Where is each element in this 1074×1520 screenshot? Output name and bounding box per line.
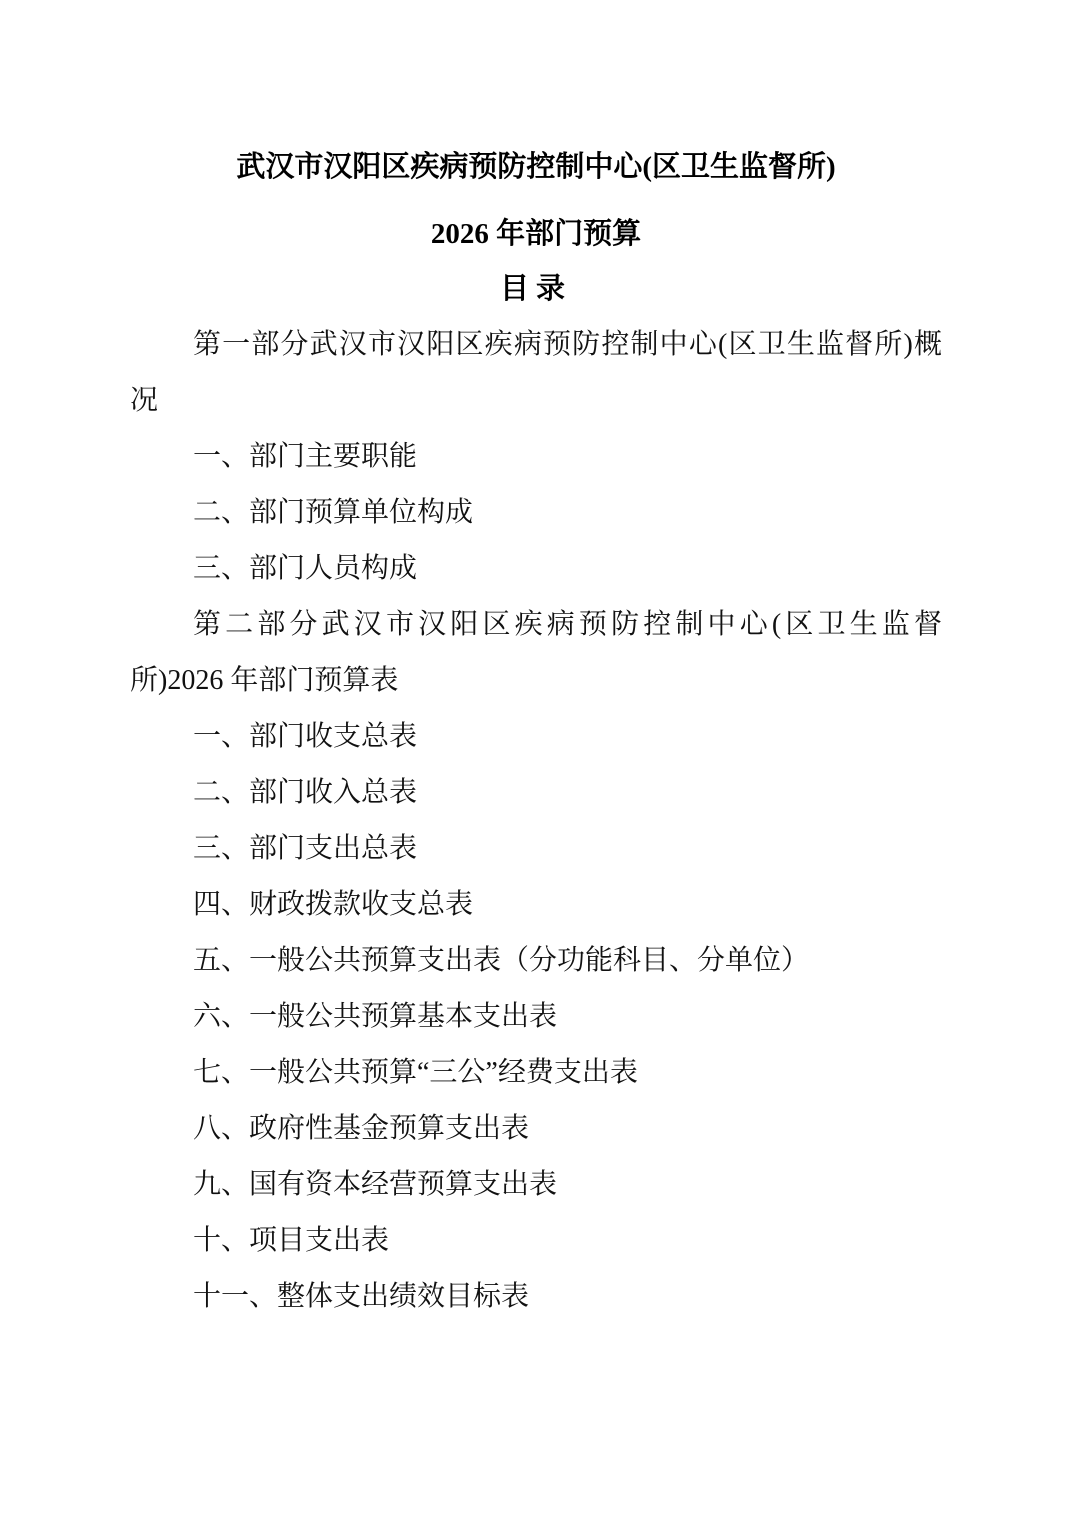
toc-item-part2-1: 一、部门收支总表 — [130, 709, 942, 765]
toc-item-part2-5: 五、一般公共预算支出表（分功能科目、分单位） — [130, 933, 942, 989]
toc-item-part1-2: 二、部门预算单位构成 — [130, 485, 942, 541]
toc-item-part2-7: 七、一般公共预算“三公”经费支出表 — [130, 1045, 942, 1101]
toc-item-part2-11: 十一、整体支出绩效目标表 — [130, 1269, 942, 1325]
toc-item-part2-8: 八、政府性基金预算支出表 — [130, 1101, 942, 1157]
toc-item-part2-4: 四、财政拨款收支总表 — [130, 877, 942, 933]
toc-item-part2-2: 二、部门收入总表 — [130, 765, 942, 821]
document-title: 武汉市汉阳区疾病预防控制中心(区卫生监督所) — [130, 140, 942, 195]
toc-item-part2-6: 六、一般公共预算基本支出表 — [130, 989, 942, 1045]
toc-item-part2-10: 十、项目支出表 — [130, 1213, 942, 1269]
part1-heading-line1: 第一部分武汉市汉阳区疾病预防控制中心(区卫生监督所)概 — [130, 317, 942, 373]
toc-item-part2-3: 三、部门支出总表 — [130, 821, 942, 877]
part2-heading-line1: 第二部分武汉市汉阳区疾病预防控制中心(区卫生监督 — [130, 597, 942, 653]
toc-item-part1-3: 三、部门人员构成 — [130, 541, 942, 597]
toc-item-part2-9: 九、国有资本经营预算支出表 — [130, 1157, 942, 1213]
document-page: 武汉市汉阳区疾病预防控制中心(区卫生监督所) 2026 年部门预算 目录 第一部… — [0, 0, 1074, 1520]
document-subtitle: 2026 年部门预算 — [130, 207, 942, 262]
part2-heading-line2: 所)2026 年部门预算表 — [130, 653, 942, 709]
part1-heading-line2: 况 — [130, 373, 942, 429]
toc-heading: 目录 — [130, 262, 942, 317]
toc-item-part1-1: 一、部门主要职能 — [130, 429, 942, 485]
